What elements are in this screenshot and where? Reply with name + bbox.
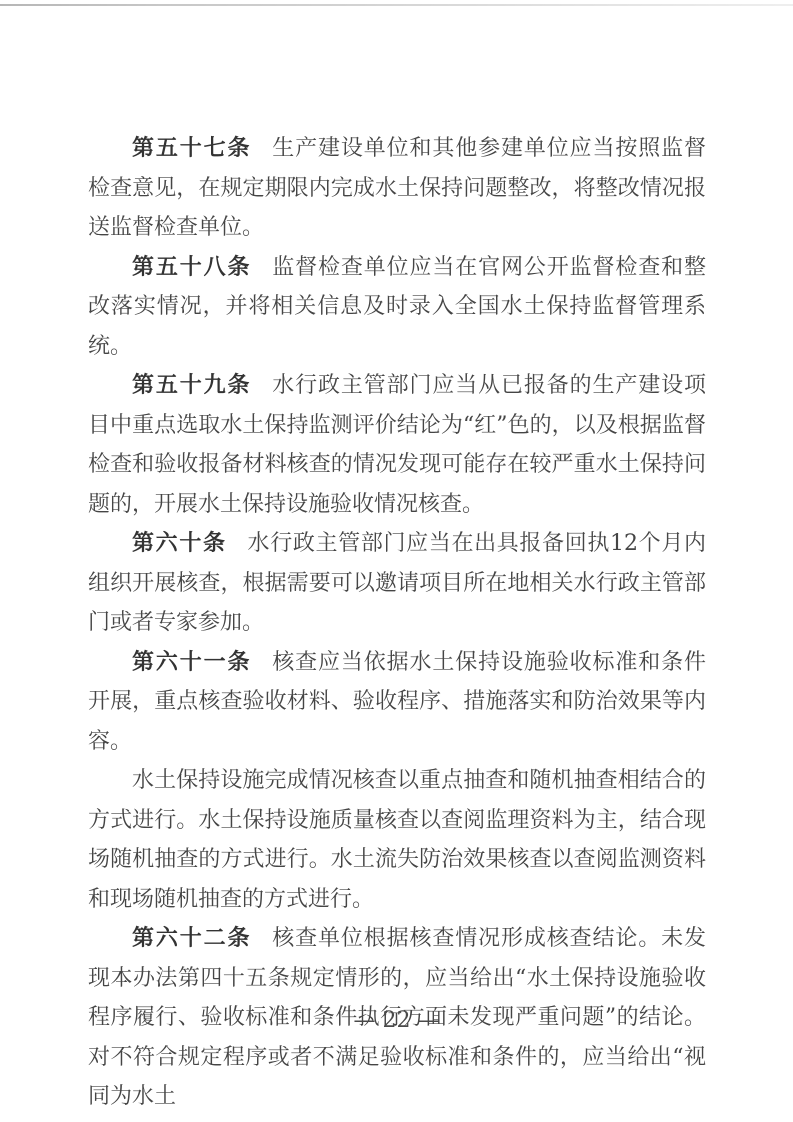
paragraph-article-57: 第五十七条生产建设单位和其他参建单位应当按照监督检查意见，在规定期限内完成水土保… bbox=[88, 129, 706, 248]
article-61-continuation-text: 水土保持设施完成情况核查以重点抽查和随机抽查相结合的方式进行。水土保持设施质量核… bbox=[88, 768, 706, 912]
article-62-number: 第六十二条 bbox=[132, 926, 251, 951]
article-57-number: 第五十七条 bbox=[132, 136, 251, 161]
paragraph-article-61-continuation: 水土保持设施完成情况核查以重点抽查和随机抽查相结合的方式进行。水土保持设施质量核… bbox=[88, 761, 706, 919]
scan-artifact-line bbox=[0, 4, 793, 6]
page-number: — 22 — bbox=[0, 1006, 793, 1036]
paragraph-article-60: 第六十条水行政主管部门应当在出具报备回执12个月内组织开展核查，根据需要可以邀请… bbox=[88, 524, 706, 643]
article-59-number: 第五十九条 bbox=[132, 373, 251, 398]
article-60-number: 第六十条 bbox=[132, 531, 227, 556]
article-61-number: 第六十一条 bbox=[132, 650, 251, 675]
paragraph-article-59: 第五十九条水行政主管部门应当从已报备的生产建设项目中重点选取水土保持监测评价结论… bbox=[88, 366, 706, 524]
paragraph-article-58: 第五十八条监督检查单位应当在官网公开监督检查和整改落实情况，并将相关信息及时录入… bbox=[88, 248, 706, 367]
article-58-number: 第五十八条 bbox=[132, 255, 251, 280]
document-page: 第五十七条生产建设单位和其他参建单位应当按照监督检查意见，在规定期限内完成水土保… bbox=[0, 0, 793, 1122]
paragraph-article-61: 第六十一条核查应当依据水土保持设施验收标准和条件开展，重点核查验收材料、验收程序… bbox=[88, 643, 706, 762]
page-content: 第五十七条生产建设单位和其他参建单位应当按照监督检查意见，在规定期限内完成水土保… bbox=[88, 129, 706, 1117]
